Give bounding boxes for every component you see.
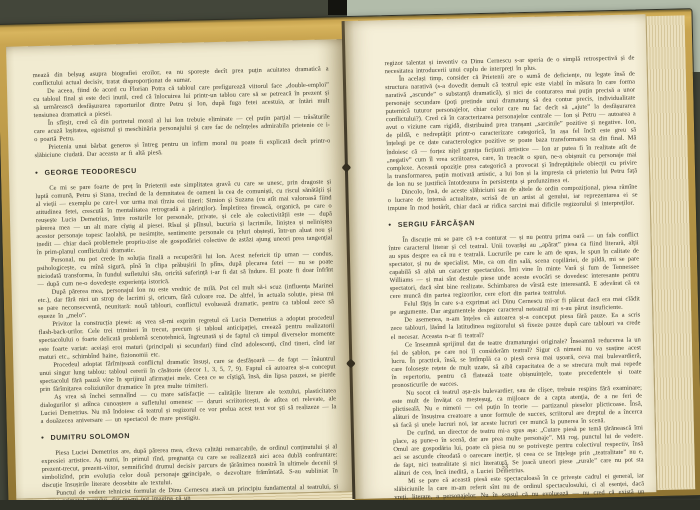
bullet-icon: ● [388,223,392,228]
paragraph: În discuție mi se pare că s-a conturat —… [388,231,639,301]
backdrop-bottom-shadow [0,500,700,510]
right-page: regizor talentat și inventiv ca Dinu Cer… [344,14,657,499]
section-heading-label: DUMITRU SOLOMON [51,433,131,443]
section-heading-label: GEORGE TEODORESCU [44,167,136,177]
section-heading: ● GEORGE TEODORESCU [35,163,331,178]
paragraph: Dincolo, însă, de aceste slăbiciuni sau … [387,183,637,213]
paragraph: În același timp, consider că Prietenii a… [385,71,637,189]
paragraph: Ce înseamnă sprijinul dat de teatre dram… [391,336,642,390]
spine-gap-shadow [328,0,347,15]
paragraph: Privitor la construcția piesei: aș vrea … [38,315,335,362]
bullet-icon: ● [41,436,45,441]
section-heading-label: SERGIU FĂRCĂȘAN [398,220,475,230]
paragraph: Nu socot că teatrul așa-zis bulevardier,… [392,384,643,430]
section-heading: ● SERGIU FĂRCĂȘAN [388,216,638,230]
section-heading: ● DUMITRU SOLOMON [41,428,337,443]
paragraph: Ce mi se pare foarte de preț în Prieteni… [35,178,333,257]
bullet-icon: ● [35,171,39,176]
paragraph: Aș vrea să închei semnalînd — cu mare sa… [40,387,337,426]
paragraph: Piesa Luciei Demetrius are, după părerea… [41,443,338,490]
open-book: mează din belșug asupra biografiei eroil… [0,8,700,510]
left-page: mează din belșug asupra biografiei eroil… [6,39,354,499]
